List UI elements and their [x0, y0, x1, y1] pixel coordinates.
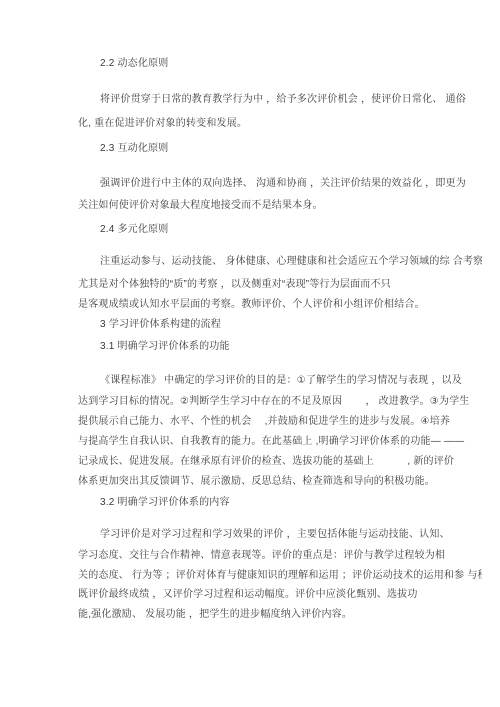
body-line: 既评价最终成绩 ，又评价学习过程和运动幅度。评价中应淡化甄别、选拔功 [78, 588, 482, 602]
section-heading-2-4: 2.4 多元化原则 [100, 223, 482, 237]
section-heading-3-2: 3.2 明确学习评价体系的内容 [100, 496, 482, 510]
body-line: 提供展示自己能力、水平、个性的机会 ,并鼓励和促进学生的进步与发展。④培养 [78, 415, 482, 429]
section-heading-3-1: 3.1 明确学习评价体系的功能 [100, 340, 482, 354]
body-line: 关的态度、 行为等 ；评价对体育与健康知识的理解和运用 ；评价运动技术的运用和参… [78, 569, 482, 583]
body-line: 强调评价进行中主体的双向选择、 沟通和协商 ，关注评价结果的效益化 ，即更为 [100, 177, 482, 191]
body-line: 将评价贯穿于日常的教育教学行为中 ，给予多次评价机会 ，使评价日常化、 通俗 [100, 93, 482, 107]
body-line: 与提高学生自我认识、自我教育的能力。在此基础上 ,明确学习评价体系的功能— —— [78, 435, 482, 449]
body-line: 《课程标准》 中确定的学习评价的目的是：①了解学生的学习情况与表现 ，以及 [100, 374, 482, 388]
document-page: 2.2 动态化原则 将评价贯穿于日常的教育教学行为中 ，给予多次评价机会 ，使评… [0, 0, 500, 707]
body-line: 能,强化激励、 发展功能 ，把学生的进步幅度纳入评价内容。 [78, 608, 482, 622]
section-heading-2-3: 2.3 互动化原则 [100, 142, 482, 156]
body-line: 关注如何使评价对象最大程度地接受而不是结果本身。 [78, 199, 482, 213]
body-line: 达到学习目标的情况。②判断学生学习中存在的不足及原因 ， 改进教学。③为学生 [78, 395, 482, 409]
body-line: 化, 重在促进评价对象的转变和发展。 [78, 117, 482, 131]
body-line: 学习评价是对学习过程和学习效果的评价 ，主要包括体能与运动技能、认知、 [100, 528, 482, 542]
body-line: 学习态度、交往与合作精神、情意表现等。评价的重点是：评价与教学过程较为相 [78, 549, 482, 563]
section-heading-2-2: 2.2 动态化原则 [100, 57, 482, 71]
body-line: 是客观成绩或认知水平层面的考察。教师评价、个人评价和小组评价相结合。 [78, 298, 482, 312]
body-line: 体系更加突出其反馈调节、展示激励、反思总结、检查筛选和导向的积极功能。 [78, 475, 482, 489]
section-heading-3: 3 学习评价体系构建的流程 [100, 318, 482, 332]
body-line: 注重运动参与、运动技能、 身体健康、心理健康和社会适应五个学习领域的综 合考察 … [100, 255, 482, 269]
body-line: 尤其是对个体独特的“质”的考察 ，以及侧重对“表现”等行为层面而不只 [78, 278, 482, 292]
body-line: 记录成长、促进发展。在继承原有评价的检查、选拔功能的基础上 , 新的评价 [78, 455, 482, 469]
